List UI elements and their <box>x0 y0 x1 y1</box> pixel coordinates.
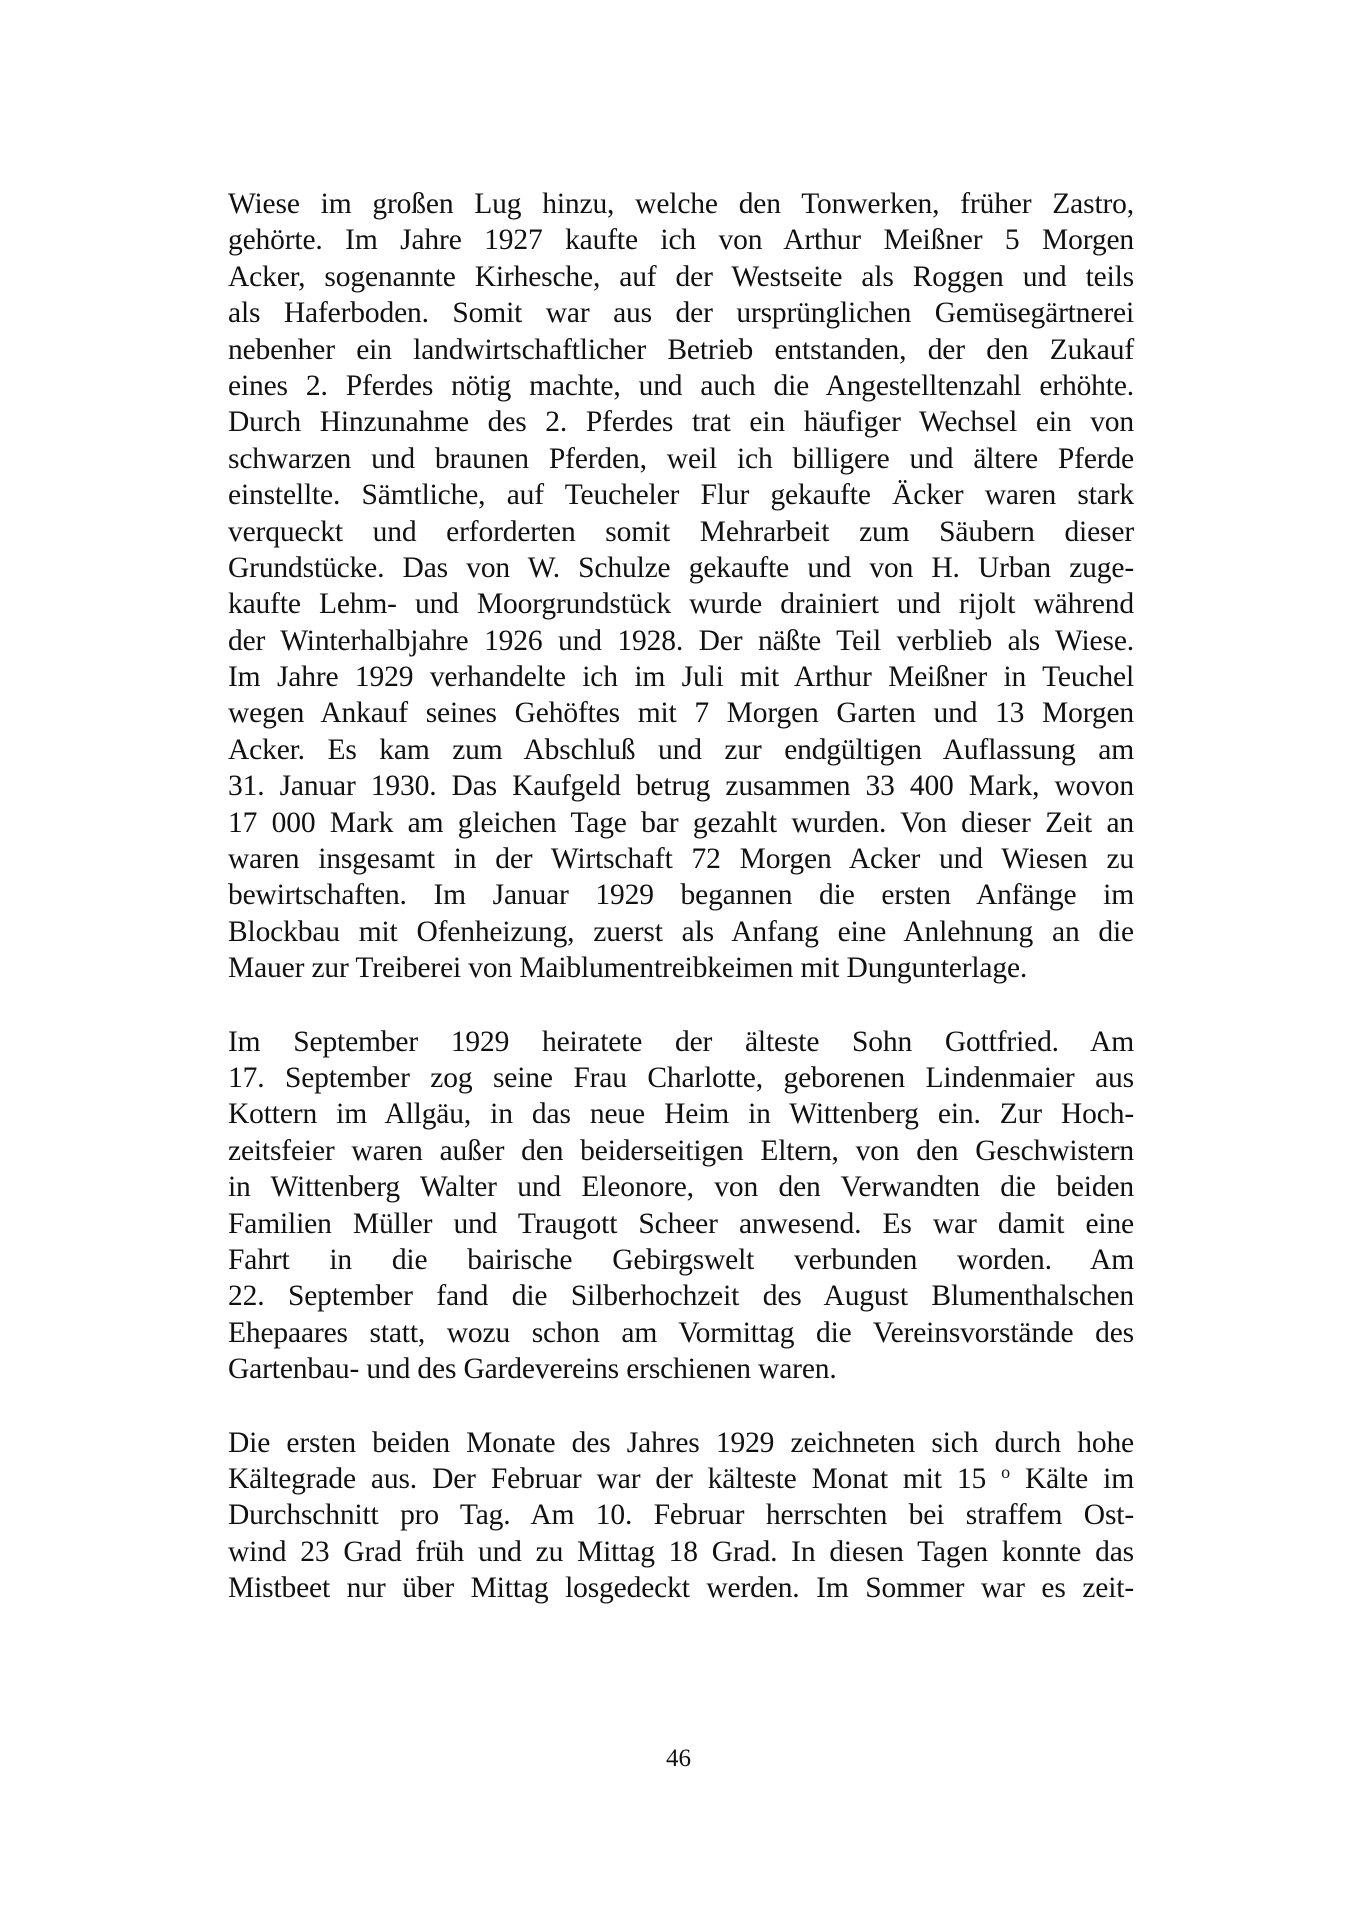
text-line: wegen Ankauf seines Gehöftes mit 7 Morge… <box>228 695 1134 731</box>
text-line: Im September 1929 heiratete der älteste … <box>228 1024 1134 1060</box>
page-number: 46 <box>0 1744 1357 1774</box>
text-line: in Wittenberg Walter und Eleonore, von d… <box>228 1169 1134 1205</box>
text-line: der Winterhalbjahre 1926 und 1928. Der n… <box>228 623 1134 659</box>
text-line: Fahrt in die bairische Gebirgswelt verbu… <box>228 1242 1134 1278</box>
text-line: Durchschnitt pro Tag. Am 10. Februar her… <box>228 1497 1134 1533</box>
text-line: Kottern im Allgäu, in das neue Heim in W… <box>228 1096 1134 1132</box>
text-segment: Kälte im <box>1010 1463 1134 1495</box>
text-line: 17 000 Mark am gleichen Tage bar gezahlt… <box>228 805 1134 841</box>
text-line: gehörte. Im Jahre 1927 kaufte ich von Ar… <box>228 222 1134 258</box>
text-segment: Kältegrade aus. Der Februar war der kält… <box>228 1463 1001 1495</box>
paragraph-land-purchases: Wiese im großen Lug hinzu, welche den To… <box>228 186 1134 987</box>
text-line: 17. September zog seine Frau Charlotte, … <box>228 1060 1134 1096</box>
text-line: 31. Januar 1930. Das Kaufgeld betrug zus… <box>228 768 1134 804</box>
text-line: schwarzen und braunen Pferden, weil ich … <box>228 441 1134 477</box>
degree-superscript: o <box>1001 1462 1010 1482</box>
text-line: kaufte Lehm- und Moorgrundstück wurde dr… <box>228 586 1134 622</box>
text-line: wind 23 Grad früh und zu Mittag 18 Grad.… <box>228 1534 1134 1570</box>
text-line: Gartenbau- und des Gardevereins erschien… <box>228 1351 1134 1387</box>
text-line: verqueckt und erforderten somit Mehrarbe… <box>228 514 1134 550</box>
text-line: Im Jahre 1929 verhandelte ich im Juli mi… <box>228 659 1134 695</box>
text-line: einstellte. Sämtliche, auf Teucheler Flu… <box>228 477 1134 513</box>
text-line: Grundstücke. Das von W. Schulze gekaufte… <box>228 550 1134 586</box>
document-body: Wiese im großen Lug hinzu, welche den To… <box>228 186 1134 1606</box>
text-line: Kältegrade aus. Der Februar war der kält… <box>228 1461 1134 1497</box>
text-line: Wiese im großen Lug hinzu, welche den To… <box>228 186 1134 222</box>
text-line: 22. September fand die Silberhochzeit de… <box>228 1278 1134 1314</box>
paragraph-wedding: Im September 1929 heiratete der älteste … <box>228 1024 1134 1388</box>
text-line: Durch Hinzunahme des 2. Pferdes trat ein… <box>228 404 1134 440</box>
paragraph-weather: Die ersten beiden Monate des Jahres 1929… <box>228 1425 1134 1607</box>
text-line: Acker. Es kam zum Abschluß und zur endgü… <box>228 732 1134 768</box>
text-line: als Haferboden. Somit war aus der ursprü… <box>228 295 1134 331</box>
text-line: Die ersten beiden Monate des Jahres 1929… <box>228 1425 1134 1461</box>
text-line: nebenher ein landwirtschaftlicher Betrie… <box>228 332 1134 368</box>
text-line: Mistbeet nur über Mittag losgedeckt werd… <box>228 1570 1134 1606</box>
text-line: Mauer zur Treiberei von Maiblumentreibke… <box>228 950 1134 986</box>
text-line: bewirtschaften. Im Januar 1929 begannen … <box>228 877 1134 913</box>
text-line: Familien Müller und Traugott Scheer anwe… <box>228 1206 1134 1242</box>
text-line: Ehepaares statt, wozu schon am Vormittag… <box>228 1315 1134 1351</box>
text-line: eines 2. Pferdes nötig machte, und auch … <box>228 368 1134 404</box>
text-line: Blockbau mit Ofenheizung, zuerst als Anf… <box>228 914 1134 950</box>
text-line: zeitsfeier waren außer den beiderseitige… <box>228 1133 1134 1169</box>
text-line: Acker, sogenannte Kirhesche, auf der Wes… <box>228 259 1134 295</box>
text-line: waren insgesamt in der Wirtschaft 72 Mor… <box>228 841 1134 877</box>
